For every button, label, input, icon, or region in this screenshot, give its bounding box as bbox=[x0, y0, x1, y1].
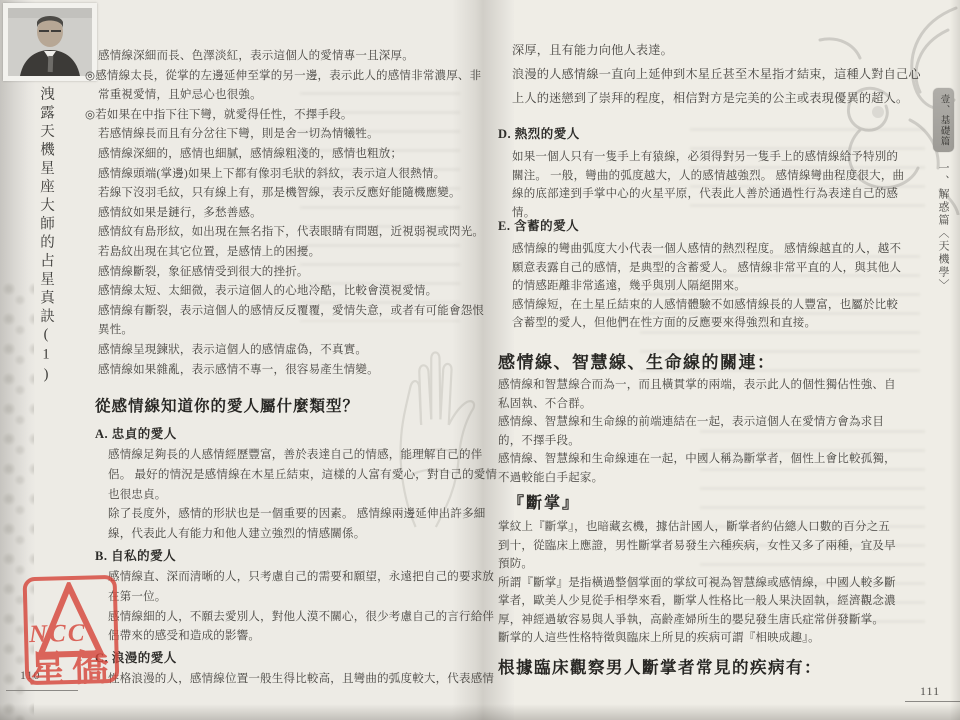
text-line: 關注。 一般，彎曲的弧度越大，人的感情越強烈。 感情線彎曲程度很大，曲 bbox=[512, 167, 907, 186]
text-line: 感情線直、深而清晰的人，只考慮自己的需要和願望，永遠把自己的要求放 bbox=[108, 568, 470, 588]
text-line: 預防。 bbox=[498, 555, 908, 574]
text-line: 斷掌的人這些性格特徵與臨床上所見的疾病可謂『相映成趣』。 bbox=[498, 629, 908, 648]
text-line: 除了長度外，感情的形狀也是一個重要的因素。 感情線兩邊延伸出許多細 bbox=[108, 505, 470, 525]
section-b-label: B. 自私的愛人 bbox=[95, 546, 176, 564]
author-photo bbox=[3, 3, 97, 81]
text-line: 異性。 bbox=[98, 321, 470, 341]
relation-heading: 感情線、智慧線、生命線的關連： bbox=[498, 348, 776, 373]
text-line: 感情線和智慧線合而為一，而且橫貫掌的兩端，表示此人的個性獨佔性強、自 bbox=[498, 376, 908, 395]
text-line: 所謂『斷掌』是指橫過整個掌面的掌紋可視為智慧線或感情線，中國人較多斷 bbox=[498, 574, 908, 593]
text-line: 感情線的彎曲弧度大小代表一個人感情的熱烈程度。 感情線越直的人，越不 bbox=[512, 240, 907, 259]
bottom-shadow bbox=[0, 704, 960, 720]
section-d-body: 如果一個人只有一隻手上有猿線，必須得對另一隻手上的感情線給予特別的關注。 一般，… bbox=[512, 148, 907, 222]
text-line: 若線下沒羽毛紋，只有線上有，那是機智線，表示反應好能隨機應變。 bbox=[98, 184, 470, 204]
continuation-paragraph: 深厚，且有能力向他人表達。浪漫的人感情線一直向上延伸到木星丘甚至木星指才結束，這… bbox=[512, 38, 907, 110]
text-line: 感情線斷裂，象征感情受到很大的挫折。 bbox=[98, 263, 470, 283]
text-line: 的情感距離非常遙遠，幾乎與別人隔絕開來。 bbox=[512, 277, 907, 296]
relation-body: 感情線和智慧線合而為一，而且橫貫掌的兩端，表示此人的個性獨佔性強、自私固執、不合… bbox=[498, 376, 908, 487]
duanzhang-heading: 『斷掌』 bbox=[508, 490, 580, 513]
text-line: 深厚，且有能力向他人表達。 bbox=[512, 38, 907, 62]
text-line: 感情線短，在土星丘結束的人感情體驗不如感情線長的人豐富，也屬於比較 bbox=[512, 296, 907, 315]
publisher-stamp: NCC 星僑 bbox=[23, 575, 122, 689]
section-e-body: 感情線的彎曲弧度大小代表一個人感情的熱烈程度。 感情線越直的人，越不願意表露自己… bbox=[512, 240, 907, 333]
text-line: 上人的迷戀到了崇拜的程度，相信對方是完美的公主或表現優異的超人。 bbox=[512, 86, 907, 110]
text-line: 感情紋如果是鏈行，多愁善感。 bbox=[98, 204, 470, 224]
text-line: 常重視愛情，且妒忌心也很強。 bbox=[98, 86, 470, 106]
spine-title: 洩露天機星座大師的占星真訣(1) bbox=[36, 86, 57, 376]
intro-paragraph: 感情線深細而長、色澤淡紅，表示這個人的愛情專一且深厚。◎感情線太長，從掌的左邊延… bbox=[98, 47, 470, 380]
text-line: 不過較能白手起家。 bbox=[498, 469, 908, 488]
duanzhang-body: 掌紋上『斷掌』，也暗藏玄機，據估計國人，斷掌者約佔總人口數的百分之五到十，從臨床… bbox=[498, 518, 908, 648]
section-a-label: A. 忠貞的愛人 bbox=[95, 424, 177, 442]
text-line: 感情線有斷裂，表示這個人的感情反反覆覆，愛情失意，或者有可能會怨恨 bbox=[98, 302, 470, 322]
clinical-heading: 根據臨床觀察男人斷掌者常見的疾病有： bbox=[498, 654, 822, 678]
right-page-number: 111 bbox=[920, 684, 940, 699]
page-gutter bbox=[452, 0, 514, 720]
text-line: 侶帶來的感受和造成的影響。 bbox=[108, 627, 470, 647]
text-line: 感情線如果雜亂，表示感情不專一，很容易產生情變。 bbox=[98, 361, 470, 381]
text-line: 願意表露自己的感情，是典型的含蓄愛人。 感情線非常平直的人，與其他人 bbox=[512, 259, 907, 278]
text-line: 掌紋上『斷掌』，也暗藏玄機，據估計國人，斷掌者約佔總人口數的百分之五 bbox=[498, 518, 908, 537]
text-line: 若感情線長而且有分岔往下彎，則是舍一切為情犧牲。 bbox=[98, 125, 470, 145]
section-c-body: 性格浪漫的人，感情線位置一般生得比較高，且彎曲的弧度較大，代表感情 bbox=[108, 670, 470, 690]
text-line: 感情線太短、太細微，表示這個人的心地冷酷，比較會漠視愛情。 bbox=[98, 282, 470, 302]
text-line: 感情線細的人，不願去愛別人，對他人漠不關心，很少考慮自己的言行給伴 bbox=[108, 608, 470, 628]
text-line: 線，代表此人有能力和他人建立強烈的情感關係。 bbox=[108, 525, 470, 545]
text-line: 感情線深細而長、色澤淡紅，表示這個人的愛情專一且深厚。 bbox=[98, 47, 470, 67]
text-line: 的，不擇手段。 bbox=[498, 432, 908, 451]
section-a-body: 感情線足夠長的人感情經歷豐富，善於表達自己的情感，能理解自己的伴侶。 最好的情況… bbox=[108, 446, 470, 545]
text-line: 感情線足夠長的人感情經歷豐富，善於表達自己的情感，能理解自己的伴 bbox=[108, 446, 470, 466]
text-line: 在第一位。 bbox=[108, 588, 470, 608]
text-line: 厚，神經過敏容易與人爭執，高齡產婦所生的嬰兒發生唐氏症常併發斷掌。 bbox=[498, 611, 908, 630]
text-line: 感情線頭端(掌邊)如果上下都有像羽毛狀的斜紋，表示這人很熱情。 bbox=[98, 165, 470, 185]
text-line: 感情線、智慧線和生命線的前端連結在一起，表示這個人在愛情方會為求目 bbox=[498, 413, 908, 432]
text-line: 侶。 最好的情況是感情線在木星丘結束，這樣的人富有愛心，對自己的愛情 bbox=[108, 466, 470, 486]
text-line: 掌者，歐美人少見從手相學來看，斷掌人性格比一般人果決固執，經濟觀念濃 bbox=[498, 592, 908, 611]
text-line: 感情線、智慧線和生命線連在一起，中國人稱為斷掌者，個性上會比較孤獨， bbox=[498, 450, 908, 469]
text-line: 感情紋有島形紋，如出現在無名指下，代表眼睛有問題，近視弱視或閃光。 bbox=[98, 223, 470, 243]
text-line: 到十，從臨床上應證，男性斷掌者易發生六種疾病，女性又多了兩種，宜及早 bbox=[498, 537, 908, 556]
text-line: 私固執、不合群。 bbox=[498, 395, 908, 414]
text-line: ◎感情線太長，從掌的左邊延伸至掌的另一邊，表示此人的感情非常濃厚、非 bbox=[98, 67, 470, 87]
text-line: 如果一個人只有一隻手上有猿線，必須得對另一隻手上的感情線給予特別的 bbox=[512, 148, 907, 167]
text-line: 感情線呈現鍊狀，表示這個人的感情虛偽，不真實。 bbox=[98, 341, 470, 361]
text-line: ◎若如果在中指下往下彎，就愛得任性，不擇手段。 bbox=[98, 106, 470, 126]
book-right-edge bbox=[950, 0, 960, 720]
text-line: 浪漫的人感情線一直向上延伸到木星丘甚至木星指才結束，這種人對自己心 bbox=[512, 62, 907, 86]
type-heading: 從感情線知道你的愛人屬什麼類型？ bbox=[95, 394, 359, 416]
text-line: 線的底部達到手掌中心的火星平原，代表此人善於通過性行為表達自己的感 bbox=[512, 185, 907, 204]
book-spread: 洩露天機星座大師的占星真訣(1) 感情線深細而長、色澤淡紅，表示這個人的愛情專一… bbox=[0, 0, 960, 720]
section-b-body: 感情線直、深而清晰的人，只考慮自己的需要和願望，永遠把自己的要求放在第一位。感情… bbox=[108, 568, 470, 647]
text-line: 若島紋出現在其它位置，是感情上的困擾。 bbox=[98, 243, 470, 263]
text-line: 性格浪漫的人，感情線位置一般生得比較高，且彎曲的弧度較大，代表感情 bbox=[108, 670, 470, 690]
text-line: 含蓄型的愛人，但他們在性方面的反應要來得強烈和直接。 bbox=[512, 314, 907, 333]
text-line: 也很忠貞。 bbox=[108, 486, 470, 506]
margin-section-text: 一、解惑篇〈天機學〉 bbox=[935, 162, 951, 292]
text-line: 感情線深細的，感情也細膩，感情線粗淺的，感情也粗放； bbox=[98, 145, 470, 165]
stamp-xingqiao-text: 星僑 bbox=[28, 637, 115, 693]
